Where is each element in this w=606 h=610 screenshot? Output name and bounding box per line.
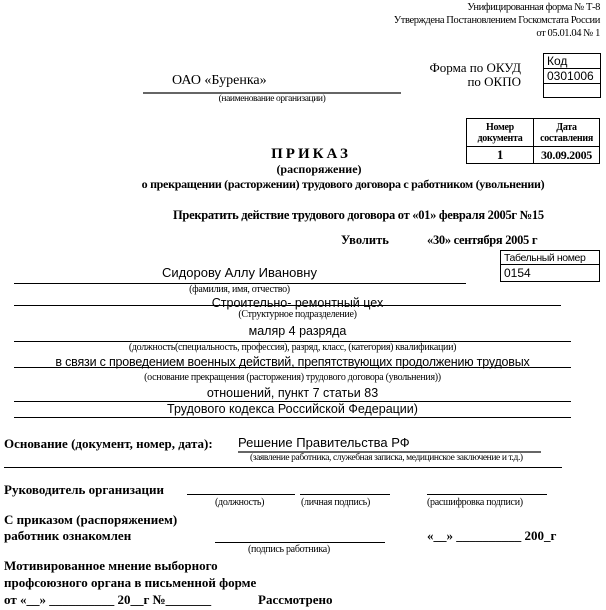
department-caption: (Структурное подразделение) bbox=[14, 309, 571, 320]
okpo-label: по ОКПО bbox=[391, 74, 521, 90]
head-signature-line bbox=[300, 494, 390, 495]
head-position-caption: (должность) bbox=[215, 497, 264, 508]
ack-date: «__» __________ 200_г bbox=[427, 528, 556, 544]
head-decode-caption: (расшифровка подписи) bbox=[427, 497, 523, 508]
document-title: ПРИКАЗ bbox=[0, 146, 606, 163]
head-position-line bbox=[187, 494, 295, 495]
document-subtitle: (распоряжение) bbox=[0, 162, 606, 177]
code-header: Код bbox=[544, 54, 601, 69]
organization-caption: (наименование организации) bbox=[143, 94, 401, 104]
document-title-text: ПРИКАЗ bbox=[271, 146, 351, 162]
basis-extra-line bbox=[4, 467, 562, 468]
head-decode-line bbox=[427, 494, 547, 495]
employee-name-caption: (фамилия, имя, отчество) bbox=[12, 284, 467, 295]
doc-number-header: Номер документа bbox=[467, 119, 534, 147]
tab-number-table: Табельный номер 0154 bbox=[500, 250, 600, 282]
okpo-code bbox=[544, 84, 601, 98]
tab-number-value: 0154 bbox=[501, 265, 600, 282]
organization-name: ОАО «Буренка» bbox=[172, 73, 267, 89]
head-signature-caption: (личная подпись) bbox=[301, 497, 370, 508]
reason-caption: (основание прекращения (расторжения) тру… bbox=[14, 372, 571, 383]
employee-name: Сидорову Аллу Ивановну bbox=[12, 265, 467, 280]
okud-code: 0301006 bbox=[544, 69, 601, 84]
basis-caption: (заявление работника, служебная записка,… bbox=[250, 453, 523, 463]
union-line-1: Мотивированное мнение выборного bbox=[4, 558, 218, 574]
head-label: Руководитель организации bbox=[4, 482, 164, 498]
dismiss-label: Уволить bbox=[341, 233, 389, 248]
union-reviewed: Рассмотрено bbox=[258, 592, 333, 608]
tab-number-header: Табельный номер bbox=[501, 251, 600, 265]
position-name: маляр 4 разряда bbox=[14, 324, 571, 338]
reason-line-3-underline bbox=[14, 417, 571, 418]
doc-date-header: Дата составления bbox=[534, 119, 600, 147]
approved-date-label: от 05.01.04 № 1 bbox=[536, 28, 600, 39]
basis-value: Решение Правительства РФ bbox=[238, 435, 410, 450]
code-table: Код 0301006 bbox=[543, 53, 601, 98]
department-name: Строительно- ремонтный цех bbox=[14, 296, 571, 310]
dismiss-date: «30» сентября 2005 г bbox=[427, 233, 537, 248]
reason-line-1-underline bbox=[14, 367, 571, 368]
union-line-3: от «__» __________ 20__г №_______ bbox=[4, 592, 211, 608]
basis-label: Основание (документ, номер, дата): bbox=[4, 436, 213, 452]
document-description: о прекращении (расторжении) трудового до… bbox=[0, 177, 606, 192]
approved-by-label: Утверждена Постановлением Госкомстата Ро… bbox=[394, 15, 600, 26]
union-line-2: профсоюзного органа в письменной форме bbox=[4, 575, 256, 591]
terminate-contract-line: Прекратить действие трудового договора о… bbox=[173, 208, 544, 223]
employee-signature-line bbox=[215, 542, 385, 543]
position-caption: (должность(специальность, профессия), ра… bbox=[14, 342, 571, 353]
reason-line-2: отношений, пункт 7 статьи 83 bbox=[14, 386, 571, 400]
ack-label-1: С приказом (распоряжением) bbox=[4, 512, 177, 528]
unified-form-label: Унифицированная форма № Т-8 bbox=[467, 2, 600, 13]
ack-label-2: работник ознакомлен bbox=[4, 528, 131, 544]
employee-signature-caption: (подпись работника) bbox=[248, 544, 330, 555]
reason-line-3: Трудового кодекса Российской Федерации) bbox=[14, 402, 571, 416]
